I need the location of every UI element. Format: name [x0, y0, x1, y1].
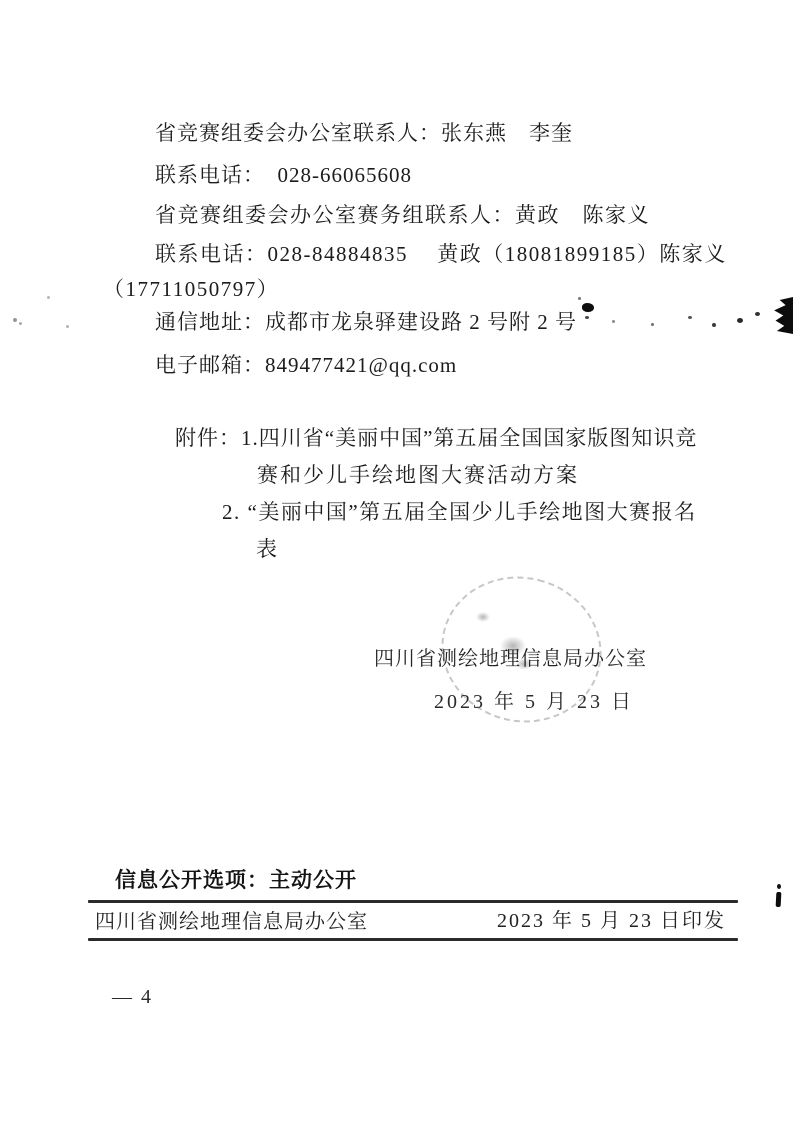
race-group-phone-line: 联系电话：028-84884835 黄政（18081899185）陈家义: [155, 242, 727, 266]
ink-speck: [13, 318, 17, 322]
ink-mark-footer-edge: [776, 892, 782, 907]
ink-speck: [585, 316, 589, 319]
signature-organization: 四川省测绘地理信息局办公室: [374, 648, 647, 671]
ink-mark-footer-edge: [777, 884, 781, 889]
seal-smudge: [476, 612, 490, 622]
ink-speck: [712, 323, 716, 327]
attachment-item-1-line-1: 附件：1.四川省“美丽中国”第五届全国国家版图知识竞: [175, 426, 697, 450]
footer-issuing-office: 四川省测绘地理信息局办公室: [95, 911, 368, 934]
contact-phone-line: 联系电话： 028-66065608: [155, 163, 412, 187]
info-disclosure-option: 信息公开选项：主动公开: [115, 869, 357, 893]
ink-spot: [582, 303, 594, 312]
attachment-item-2-line-1: 2. “美丽中国”第五届全国少儿手绘地图大赛报名: [222, 500, 697, 524]
ink-speck: [578, 297, 581, 300]
page-number: — 4: [112, 986, 153, 1009]
race-group-contact-line: 省竞赛组委会办公室赛务组联系人：黄政 陈家义: [155, 203, 650, 227]
mailing-address-line: 通信地址：成都市龙泉驿建设路 2 号附 2 号: [155, 310, 577, 334]
ink-speck: [688, 316, 692, 319]
ink-speck: [19, 322, 22, 325]
footer-rule-top: [88, 900, 738, 903]
email-line: 电子邮箱：849477421@qq.com: [155, 353, 457, 377]
footer-rule-bottom: [88, 938, 738, 941]
signature-date: 2023 年 5 月 23 日: [434, 691, 634, 714]
phone-continuation-line: （17711050797）: [103, 277, 279, 301]
ink-speck: [737, 318, 743, 323]
contact-person-line: 省竞赛组委会办公室联系人：张东燕 李奎: [155, 121, 573, 145]
ink-speck: [47, 296, 50, 299]
ink-speck: [612, 320, 615, 323]
attachment-item-1-line-2: 赛和少儿手绘地图大赛活动方案: [257, 463, 579, 487]
ink-speck: [651, 323, 654, 326]
ink-blob-right-edge: [770, 297, 793, 334]
ink-speck: [66, 325, 69, 328]
ink-speck: [755, 312, 760, 316]
document-page: 省竞赛组委会办公室联系人：张东燕 李奎 联系电话： 028-66065608 省…: [0, 0, 793, 1122]
footer-print-date: 2023 年 5 月 23 日印发: [497, 910, 726, 933]
attachment-item-2-line-2: 表: [256, 537, 278, 561]
